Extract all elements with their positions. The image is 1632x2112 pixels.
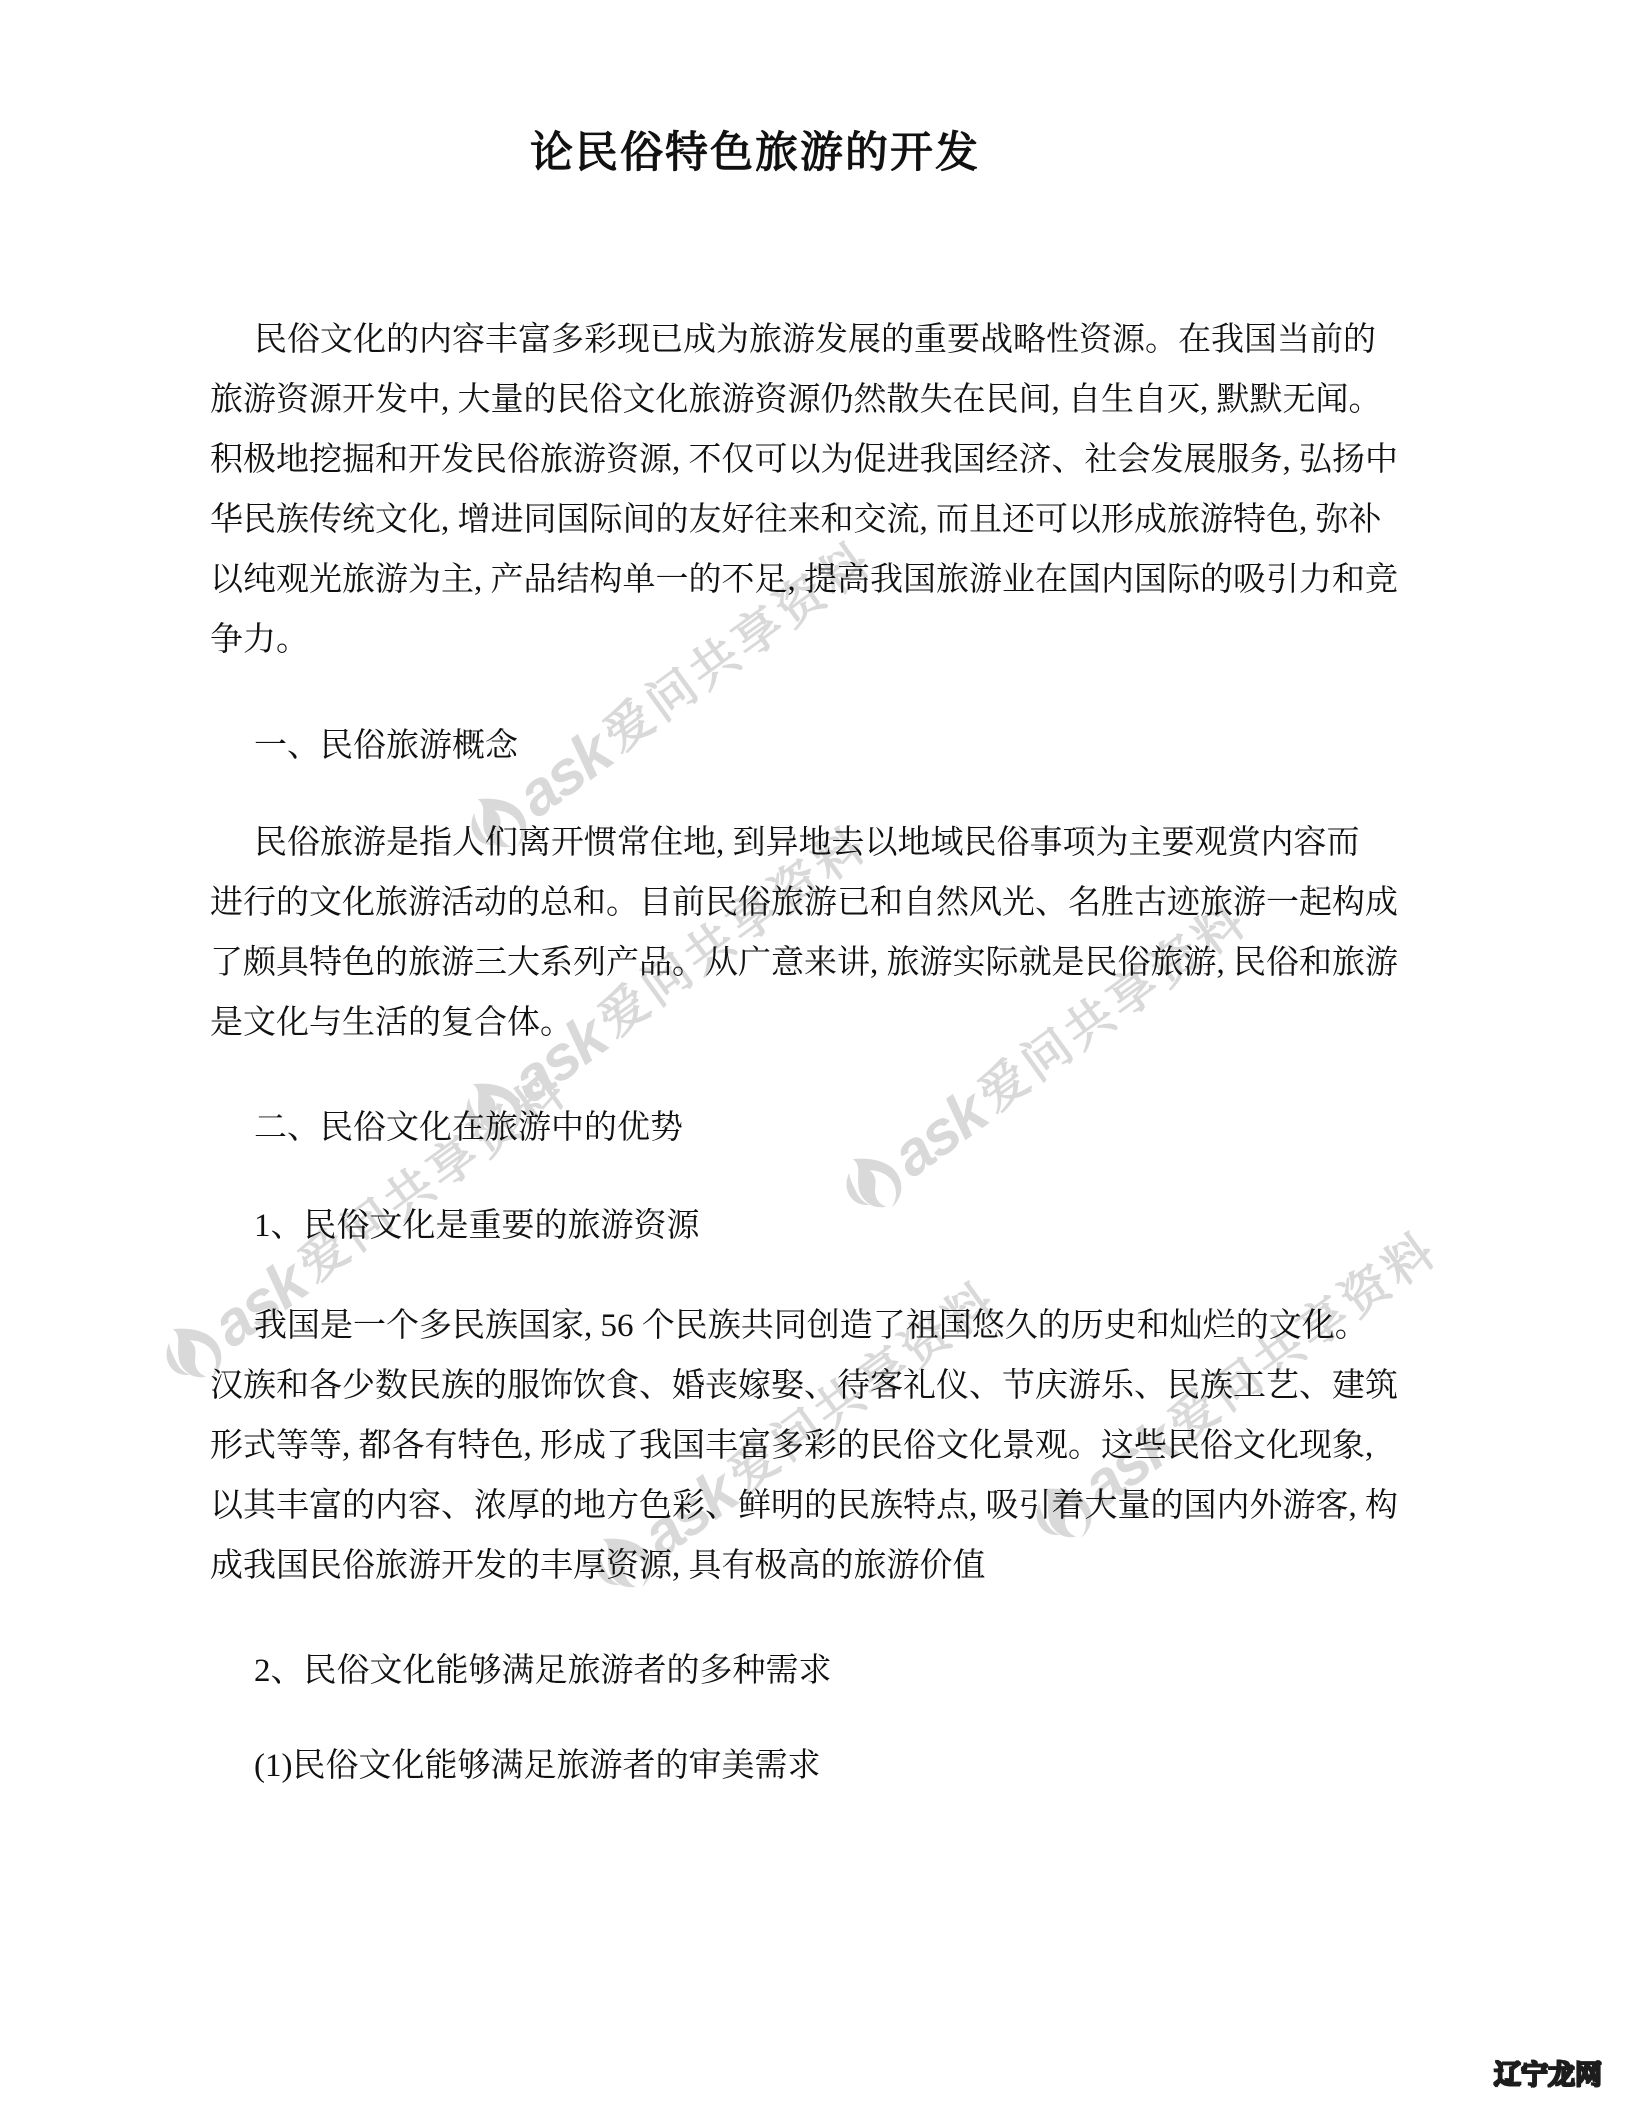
paragraph-1: 民俗文化的内容丰富多彩现已成为旅游发展的重要战略性资源。在我国当前的旅游资源开发… (210, 310, 1400, 670)
paragraph-2: 民俗旅游是指人们离开惯常住地, 到异地去以地域民俗事项为主要观赏内容而进行的文化… (210, 813, 1400, 1053)
text-line: 民俗旅游是指人们离开惯常住地, 到异地去以地域民俗事项为主要观赏内容而 (210, 813, 1400, 873)
text-line: 华民族传统文化, 增进同国际间的友好往来和交流, 而且还可以形成旅游特色, 弥补 (210, 490, 1400, 550)
heading-section-2: 二、民俗文化在旅游中的优势 (210, 1098, 1400, 1158)
heading-section-1: 一、民俗旅游概念 (210, 716, 1400, 776)
page-title: 论民俗特色旅游的开发 (210, 122, 1300, 186)
text-line: 积极地挖掘和开发民俗旅游资源, 不仅可以为促进我国经济、社会发展服务, 弘扬中 (210, 430, 1400, 490)
text-line: 以其丰富的内容、浓厚的地方色彩、鲜明的民族特点, 吸引着大量的国内外游客, 构 (210, 1476, 1400, 1536)
text-line: 旅游资源开发中, 大量的民俗文化旅游资源仍然散失在民间, 自生自灭, 默默无闻。 (210, 370, 1400, 430)
text-line: 是文化与生活的复合体。 (210, 993, 1400, 1053)
paragraph-3: 我国是一个多民族国家, 56 个民族共同创造了祖国悠久的历史和灿烂的文化。汉族和… (210, 1296, 1400, 1596)
text-line: 以纯观光旅游为主, 产品结构单一的不足, 提高我国旅游业在国内国际的吸引力和竞 (210, 550, 1400, 610)
document-page: ask 爱问共享资料 ask 爱问共享资料 ask 爱问共享资料 ask 爱问共… (0, 0, 1632, 2112)
text-line: 争力。 (210, 610, 1400, 670)
heading-subsection-1: 1、民俗文化是重要的旅游资源 (210, 1196, 1400, 1256)
text-line: 了颇具特色的旅游三大系列产品。从广意来讲, 旅游实际就是民俗旅游, 民俗和旅游 (210, 933, 1400, 993)
text-line: 我国是一个多民族国家, 56 个民族共同创造了祖国悠久的历史和灿烂的文化。 (210, 1296, 1400, 1356)
badge-part-2: 龙网 (1548, 2060, 1602, 2090)
heading-point-1: (1)民俗文化能够满足旅游者的审美需求 (210, 1736, 1400, 1796)
text-line: 汉族和各少数民族的服饰饮食、婚丧嫁娶、待客礼仪、节庆游乐、民族工艺、建筑 (210, 1356, 1400, 1416)
badge-part-1: 辽宁 (1494, 2060, 1548, 2090)
heading-subsection-2: 2、民俗文化能够满足旅游者的多种需求 (210, 1641, 1400, 1701)
text-line: 形式等等, 都各有特色, 形成了我国丰富多彩的民俗文化景观。这些民俗文化现象, (210, 1416, 1400, 1476)
site-badge: 辽宁龙网 (1494, 2058, 1602, 2092)
text-line: 进行的文化旅游活动的总和。目前民俗旅游已和自然风光、名胜古迹旅游一起构成 (210, 873, 1400, 933)
text-line: 成我国民俗旅游开发的丰厚资源, 具有极高的旅游价值 (210, 1536, 1400, 1596)
text-line: 民俗文化的内容丰富多彩现已成为旅游发展的重要战略性资源。在我国当前的 (210, 310, 1400, 370)
